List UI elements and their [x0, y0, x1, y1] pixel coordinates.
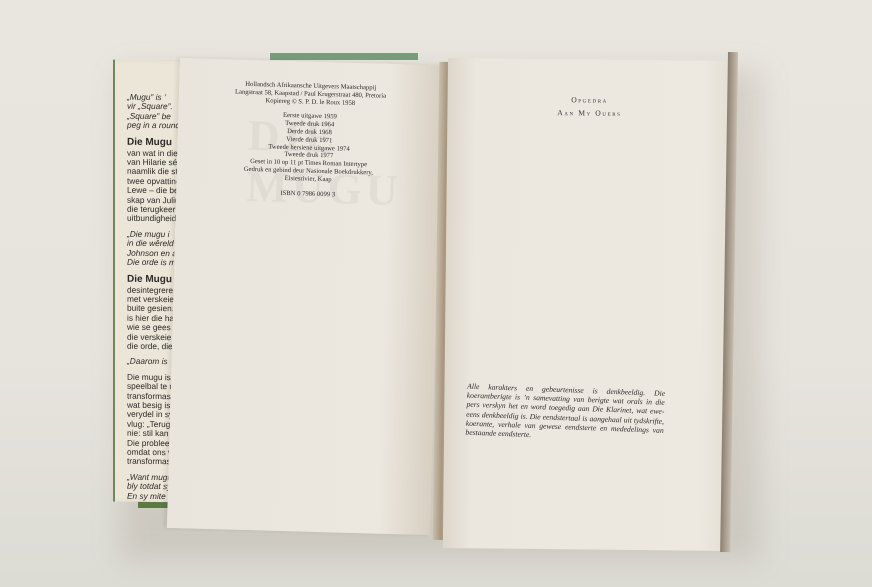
edition-history: Eerste uitgawe 1959Tweede druk 1964Derde… — [177, 109, 442, 186]
dedication-page: Opgedra Aan My Ouers Alle karakters en g… — [443, 58, 734, 551]
dedication: Opgedra Aan My Ouers — [447, 92, 731, 121]
fiction-disclaimer: Alle karakters en gebeurtenisse is denkb… — [465, 382, 665, 444]
imprint-block: Hollandsch Afrikaansche Uitgevers Maatsc… — [176, 79, 442, 209]
dedication-line: Aan My Ouers — [447, 105, 731, 121]
publisher-info: Hollandsch Afrikaansche Uitgevers Maatsc… — [179, 79, 443, 110]
green-cover-top-edge — [270, 53, 418, 60]
photo-scene: „Mugu” is ’vir „Square”.„Square” bepeg i… — [0, 0, 872, 587]
isbn: ISBN 0 7986 0099 3 — [176, 187, 439, 202]
copyright-page: DIE MUGU Hollandsch Afrikaansche Uitgeve… — [167, 58, 443, 535]
